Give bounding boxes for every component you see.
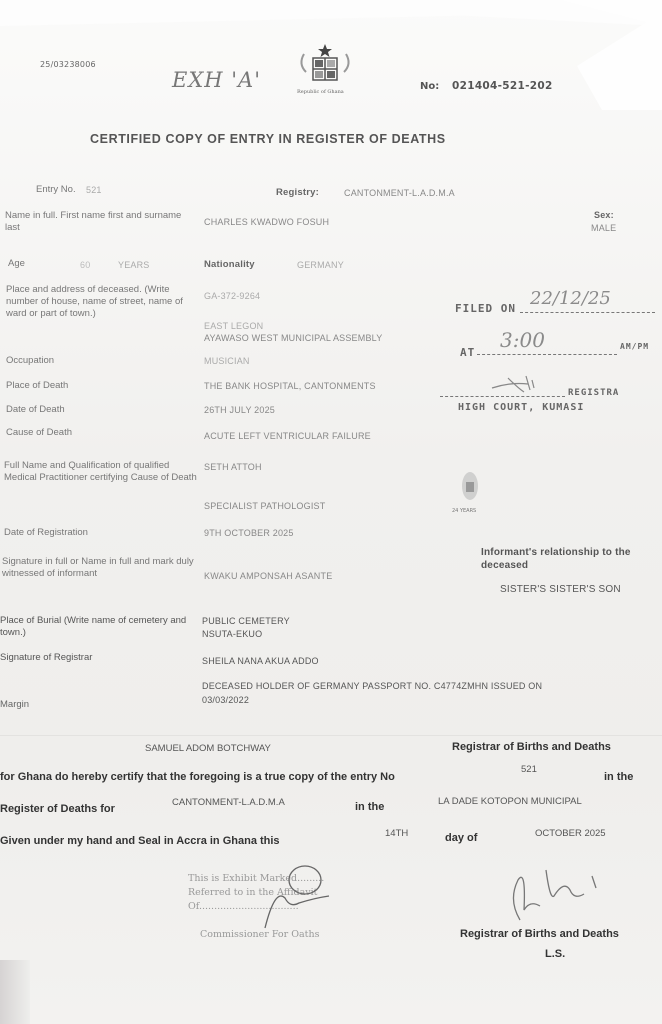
filed-time: 3:00 <box>500 328 545 352</box>
nationality-label: Nationality <box>204 259 255 271</box>
filed-on-label: FILED ON <box>455 302 516 315</box>
age-unit: YEARS <box>118 259 150 271</box>
filed-on-line <box>520 312 655 313</box>
cause-of-death-label: Cause of Death <box>6 427 206 439</box>
registrar-initials-signature-icon <box>490 372 550 396</box>
burial-line-2: NSUTA-EKUO <box>202 628 262 640</box>
certifying-registrar-name: SAMUEL ADOM BOTCHWAY <box>145 743 271 754</box>
age-label: Age <box>8 258 208 270</box>
commissioner-signature-icon <box>255 858 335 938</box>
registration-date-label: Date of Registration <box>4 527 204 539</box>
document-title: CERTIFIED COPY OF ENTRY IN REGISTER OF D… <box>90 132 446 146</box>
relationship-label: Informant's relationship to the deceased <box>481 546 656 572</box>
burial-line-1: PUBLIC CEMETERY <box>202 615 290 627</box>
paper-fold-top <box>0 0 662 26</box>
address-line-1: GA-372-9264 <box>204 290 260 302</box>
court-name: HIGH COURT, KUMASI <box>458 402 584 413</box>
crest-caption: Republic of Ghana <box>297 89 344 95</box>
registra-line <box>440 396 565 397</box>
certify-month-year: OCTOBER 2025 <box>535 828 606 839</box>
registrar-signature-value: SHEILA NANA AKUA ADDO <box>202 655 319 667</box>
registry-label: Registry: <box>276 187 319 199</box>
practitioner-qualification: SPECIALIST PATHOLOGIST <box>204 500 325 512</box>
date-of-death-label: Date of Death <box>6 404 206 416</box>
name-value: CHARLES KWADWO FOSUH <box>204 216 329 228</box>
at-label: AT <box>460 346 475 359</box>
margin-line-1: DECEASED HOLDER OF GERMANY PASSPORT NO. … <box>202 680 542 692</box>
occupation-value: MUSICIAN <box>204 355 250 367</box>
section-divider <box>0 735 662 736</box>
registration-date-value: 9TH OCTOBER 2025 <box>204 527 294 539</box>
name-label: Name in full. First name first and surna… <box>5 210 195 234</box>
address-line-3: AYAWASO WEST MUNICIPAL ASSEMBLY <box>204 332 382 344</box>
certify-day: 14TH <box>385 828 408 839</box>
address-label: Place and address of deceased. (Write nu… <box>6 284 198 320</box>
practitioner-label: Full Name and Qualification of qualified… <box>0 460 199 484</box>
document-number: 021404-521-202 <box>452 80 553 92</box>
informant-value: KWAKU AMPONSAH ASANTE <box>204 570 332 582</box>
sex-label: Sex: <box>594 209 614 221</box>
entry-no-label: Entry No. <box>36 184 236 196</box>
filed-on-date: 22/12/25 <box>530 288 611 309</box>
certifying-registrar-title: Registrar of Births and Deaths <box>452 741 611 753</box>
coat-of-arms-seal-icon <box>458 470 482 506</box>
certify-line-2-mid: in the <box>355 801 384 813</box>
entry-no-value: 521 <box>86 184 102 196</box>
exhibit-mark: EXH 'A' <box>172 68 261 92</box>
certify-line-2: Register of Deaths for <box>0 803 115 815</box>
document-page: 25/03238006 EXH 'A' Republic of Ghana No… <box>0 0 662 1024</box>
document-number-label: No: <box>420 81 439 92</box>
certify-registry: CANTONMENT-L.A.D.M.A <box>172 797 285 808</box>
seal-caption: 24 YEARS <box>452 508 476 514</box>
place-of-death-value: THE BANK HOSPITAL, CANTONMENTS <box>204 380 376 392</box>
cause-of-death-value: ACUTE LEFT VENTRICULAR FAILURE <box>204 430 371 442</box>
paper-shadow <box>0 960 30 1024</box>
ghana-coat-of-arms-icon <box>296 42 354 86</box>
place-of-death-label: Place of Death <box>6 380 206 392</box>
relationship-value: SISTER'S SISTER'S SON <box>500 584 621 596</box>
ls-mark: L.S. <box>545 948 565 960</box>
informant-label: Signature in full or Name in full and ma… <box>2 556 197 580</box>
at-line <box>477 354 617 355</box>
certify-line-3: Given under my hand and Seal in Accra in… <box>0 835 280 847</box>
certify-line-3-mid: day of <box>445 832 477 844</box>
age-value: 60 <box>80 259 90 271</box>
practitioner-name: SETH ATTOH <box>204 461 262 473</box>
registra-label: REGISTRA <box>568 388 619 398</box>
certify-entry-no: 521 <box>521 764 537 775</box>
ampm-label: AM/PM <box>620 342 649 351</box>
occupation-label: Occupation <box>6 355 206 367</box>
sex-value: MALE <box>591 222 616 234</box>
address-line-2: EAST LEGON <box>204 320 263 332</box>
burial-label: Place of Burial (Write name of cemetery … <box>0 615 195 639</box>
certify-line-1: for Ghana do hereby certify that the for… <box>0 771 395 783</box>
certify-line-1-suffix: in the <box>604 771 633 783</box>
registry-value: CANTONMENT-L.A.D.M.A <box>344 187 455 199</box>
margin-label: Margin <box>0 699 200 711</box>
serial-number: 25/03238006 <box>40 60 96 69</box>
registrar-signature-icon <box>500 860 610 926</box>
certify-assembly: LA DADE KOTOPON MUNICIPAL <box>438 796 582 807</box>
date-of-death-value: 26TH JULY 2025 <box>204 404 275 416</box>
nationality-value: GERMANY <box>297 259 344 271</box>
margin-line-2: 03/03/2022 <box>202 694 249 706</box>
registrar-signature-label: Signature of Registrar <box>0 652 200 664</box>
signature-registrar-title: Registrar of Births and Deaths <box>460 928 619 940</box>
